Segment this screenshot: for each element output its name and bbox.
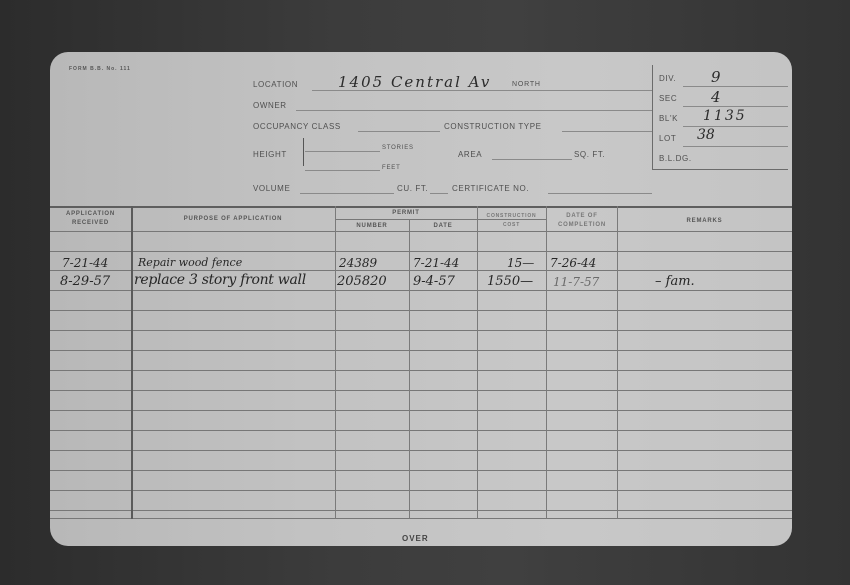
cell-permit-date: 9-4-57	[413, 274, 455, 289]
col-divider	[131, 206, 133, 519]
row-line	[50, 350, 792, 351]
stories-label: STORIES	[382, 145, 414, 151]
stories-line	[305, 151, 380, 152]
row-line	[50, 490, 792, 491]
cell-received: 8-29-57	[60, 274, 110, 289]
cell-purpose: replace 3 story front wall	[134, 272, 306, 288]
row-line	[50, 370, 792, 371]
col-divider	[335, 206, 336, 519]
certificate-line	[548, 193, 652, 194]
owner-line	[296, 110, 652, 111]
header-permit-date: DATE	[409, 222, 477, 231]
cell-received: 7-21-44	[62, 256, 108, 270]
cell-completion: 11-7-57	[553, 275, 599, 289]
header-permit-number: NUMBER	[335, 222, 409, 231]
header-application-received: APPLICATION RECEIVED	[50, 210, 131, 228]
height-label: HEIGHT	[253, 150, 287, 159]
height-brace	[303, 138, 306, 166]
occupancy-line	[358, 131, 440, 132]
header-bottom-line	[50, 231, 792, 232]
row-line	[50, 330, 792, 331]
owner-label: OWNER	[253, 101, 287, 110]
row-line	[50, 450, 792, 451]
area-line	[492, 159, 572, 160]
blk-label: BL'K	[659, 114, 678, 123]
col-divider	[409, 219, 410, 519]
location-value: 1405 Central Av	[338, 73, 491, 91]
area-label: AREA	[458, 150, 482, 159]
header-remarks: REMARKS	[617, 217, 792, 226]
certificate-label: CERTIFICATE NO.	[452, 184, 529, 193]
occupancy-class-label: OCCUPANCY CLASS	[253, 122, 341, 131]
lot-label: LOT	[659, 134, 676, 143]
location-suffix: NORTH	[512, 81, 541, 88]
cell-completion: 7-26-44	[550, 256, 596, 270]
feet-label: FEET	[382, 165, 401, 171]
cell-purpose: Repair wood fence	[138, 256, 242, 269]
table-bottom-line	[50, 518, 792, 519]
row-line	[50, 251, 792, 252]
lot-info-box: DIV. 9 SEC 4 BL'K 1135 LOT 38 B.L.DG.	[652, 65, 788, 170]
construction-type-line	[562, 131, 652, 132]
col-divider	[477, 206, 478, 519]
cell-permit-date: 7-21-44	[413, 256, 459, 270]
permit-table: APPLICATION RECEIVED PURPOSE OF APPLICAT…	[50, 206, 792, 519]
header-date-of-completion: DATE OF COMPLETION	[550, 212, 614, 230]
row-line	[50, 290, 792, 291]
sec-line	[683, 106, 788, 107]
header-purpose: PURPOSE OF APPLICATION	[131, 215, 335, 224]
cell-remarks: – fam.	[655, 274, 695, 289]
row-line	[50, 410, 792, 411]
row-line	[50, 390, 792, 391]
permit-record-card: FORM B.B. No. 111 LOCATION 1405 Central …	[50, 52, 792, 546]
header-construction-cost: CONSTRUCTION COST	[480, 212, 543, 230]
row-line	[50, 310, 792, 311]
cell-cost: 1550—	[487, 274, 533, 289]
row-line	[50, 270, 792, 271]
cell-permit-number: 24389	[339, 256, 377, 270]
lot-line	[683, 146, 788, 147]
volume-line	[300, 193, 394, 194]
header-permit: PERMIT	[335, 209, 477, 218]
cuft-line	[430, 193, 448, 194]
location-label: LOCATION	[253, 80, 298, 89]
div-line	[683, 86, 788, 87]
col-divider	[546, 206, 547, 519]
cuft-label: CU. FT.	[397, 184, 428, 193]
row-line	[50, 430, 792, 431]
cell-cost: 15—	[507, 256, 534, 270]
sec-label: SEC	[659, 94, 677, 103]
volume-label: VOLUME	[253, 184, 290, 193]
sec-value: 4	[711, 88, 721, 106]
table-top-border	[50, 206, 792, 208]
row-line	[50, 510, 792, 511]
div-label: DIV.	[659, 74, 676, 83]
row-line	[50, 470, 792, 471]
construction-type-label: CONSTRUCTION TYPE	[444, 122, 542, 131]
bldg-label: B.L.DG.	[659, 154, 692, 163]
div-value: 9	[711, 68, 721, 86]
over-label: OVER	[402, 534, 429, 543]
blk-value: 1135	[703, 108, 747, 124]
col-divider	[617, 206, 618, 519]
cell-permit-number: 205820	[337, 274, 387, 289]
form-number: FORM B.B. No. 111	[69, 66, 131, 72]
sqft-label: SQ. FT.	[574, 150, 605, 159]
lot-value: 38	[697, 127, 715, 143]
feet-line	[305, 170, 380, 171]
